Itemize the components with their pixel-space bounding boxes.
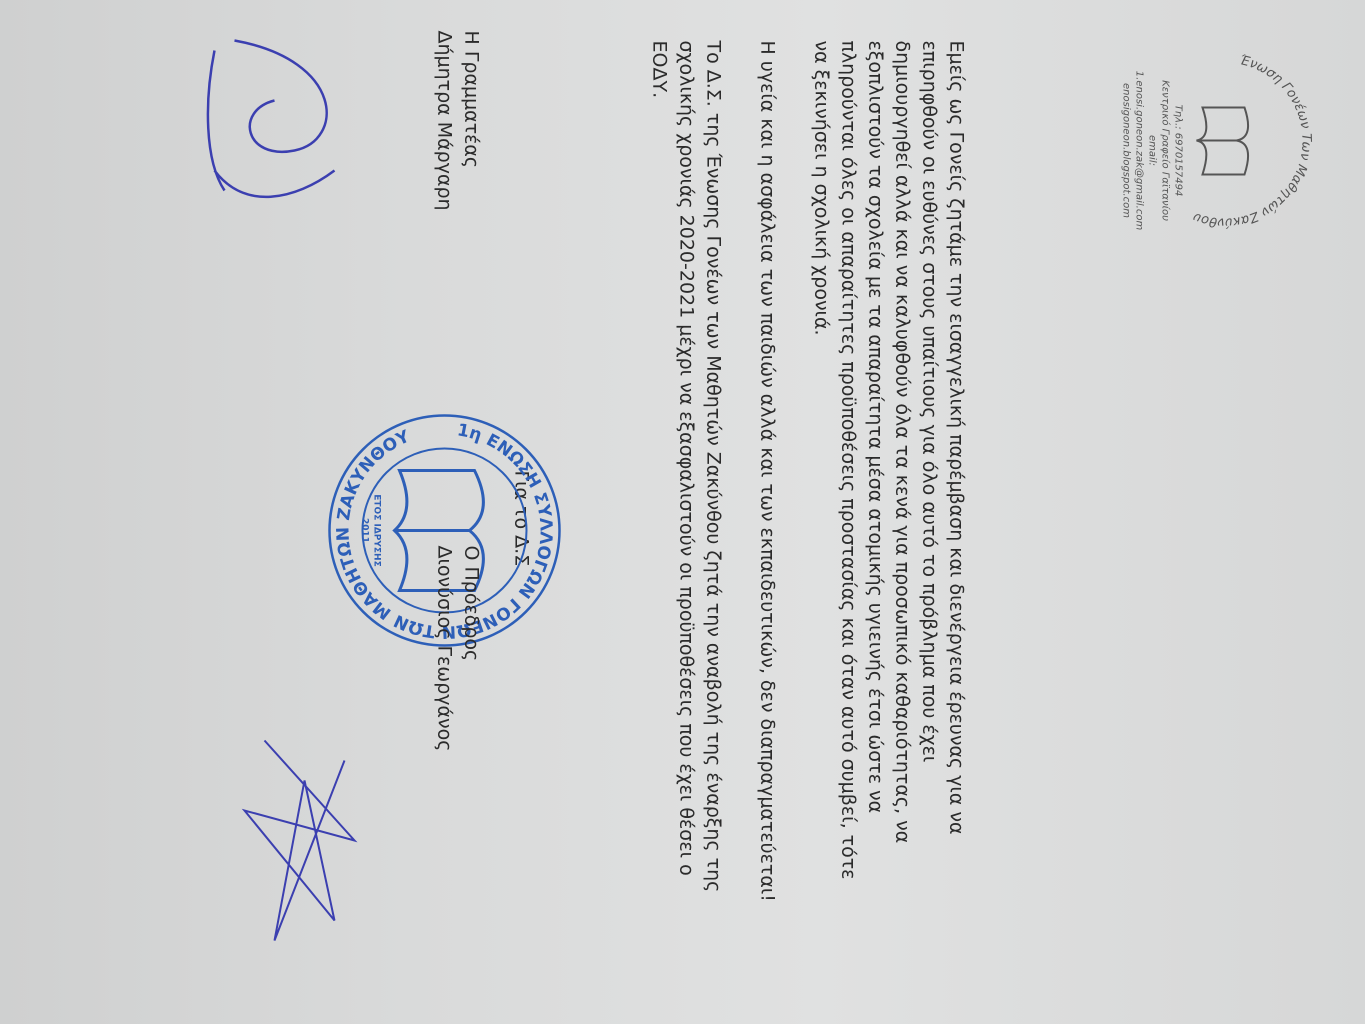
open-book-icon (1197, 108, 1249, 175)
president-title: Ο Πρόεδρος (458, 546, 485, 752)
header-blog: enosigoneon.blogspot.com (1120, 61, 1133, 241)
paragraph-demands: Εμείς ως Γονείς ζητάμε την εισαγγελική π… (808, 41, 970, 902)
paragraph-safety: Η υγεία και η ασφάλεια των παιδιών αλλά … (754, 41, 781, 902)
secretary-block: Η Γραμματέας Δήμητρα Μάργαρη (431, 31, 485, 211)
president-block: Ο Πρόεδρος Διονύσιος Γεωργάνος (431, 546, 485, 752)
secretary-name: Δήμητρα Μάργαρη (431, 31, 458, 211)
secretary-title: Η Γραμματέας (458, 31, 485, 211)
president-signature (235, 721, 365, 961)
header-phone: Τηλ.: 6970157494 (1172, 61, 1185, 241)
header-office: Κεντρικό Γραφείο Γαϊτανίου (1159, 61, 1172, 241)
stamp-founded-year: 2011 (360, 518, 370, 543)
paragraph-postponement: Το Δ.Σ. της Ένωσης Γονέων των Μαθητών Ζα… (646, 41, 727, 902)
letter-body: Εμείς ως Γονείς ζητάμε την εισαγγελική π… (619, 41, 970, 902)
president-name: Διονύσιος Γεωργάνος (431, 546, 458, 752)
secretary-signature (205, 21, 355, 221)
header-email: email: 1.enosi.goneon.zak@gmail.com (1133, 61, 1159, 241)
header-stamp: Ένωση Γονέων Των Μαθητών Ζακύνθου Τηλ.: … (1125, 41, 1325, 241)
letter-page: Ένωση Γονέων Των Μαθητών Ζακύνθου Τηλ.: … (0, 1, 1365, 1024)
stamp-founded-label: ΕΤΟΣ ΙΔΡΥΣΗΣ (372, 494, 382, 566)
